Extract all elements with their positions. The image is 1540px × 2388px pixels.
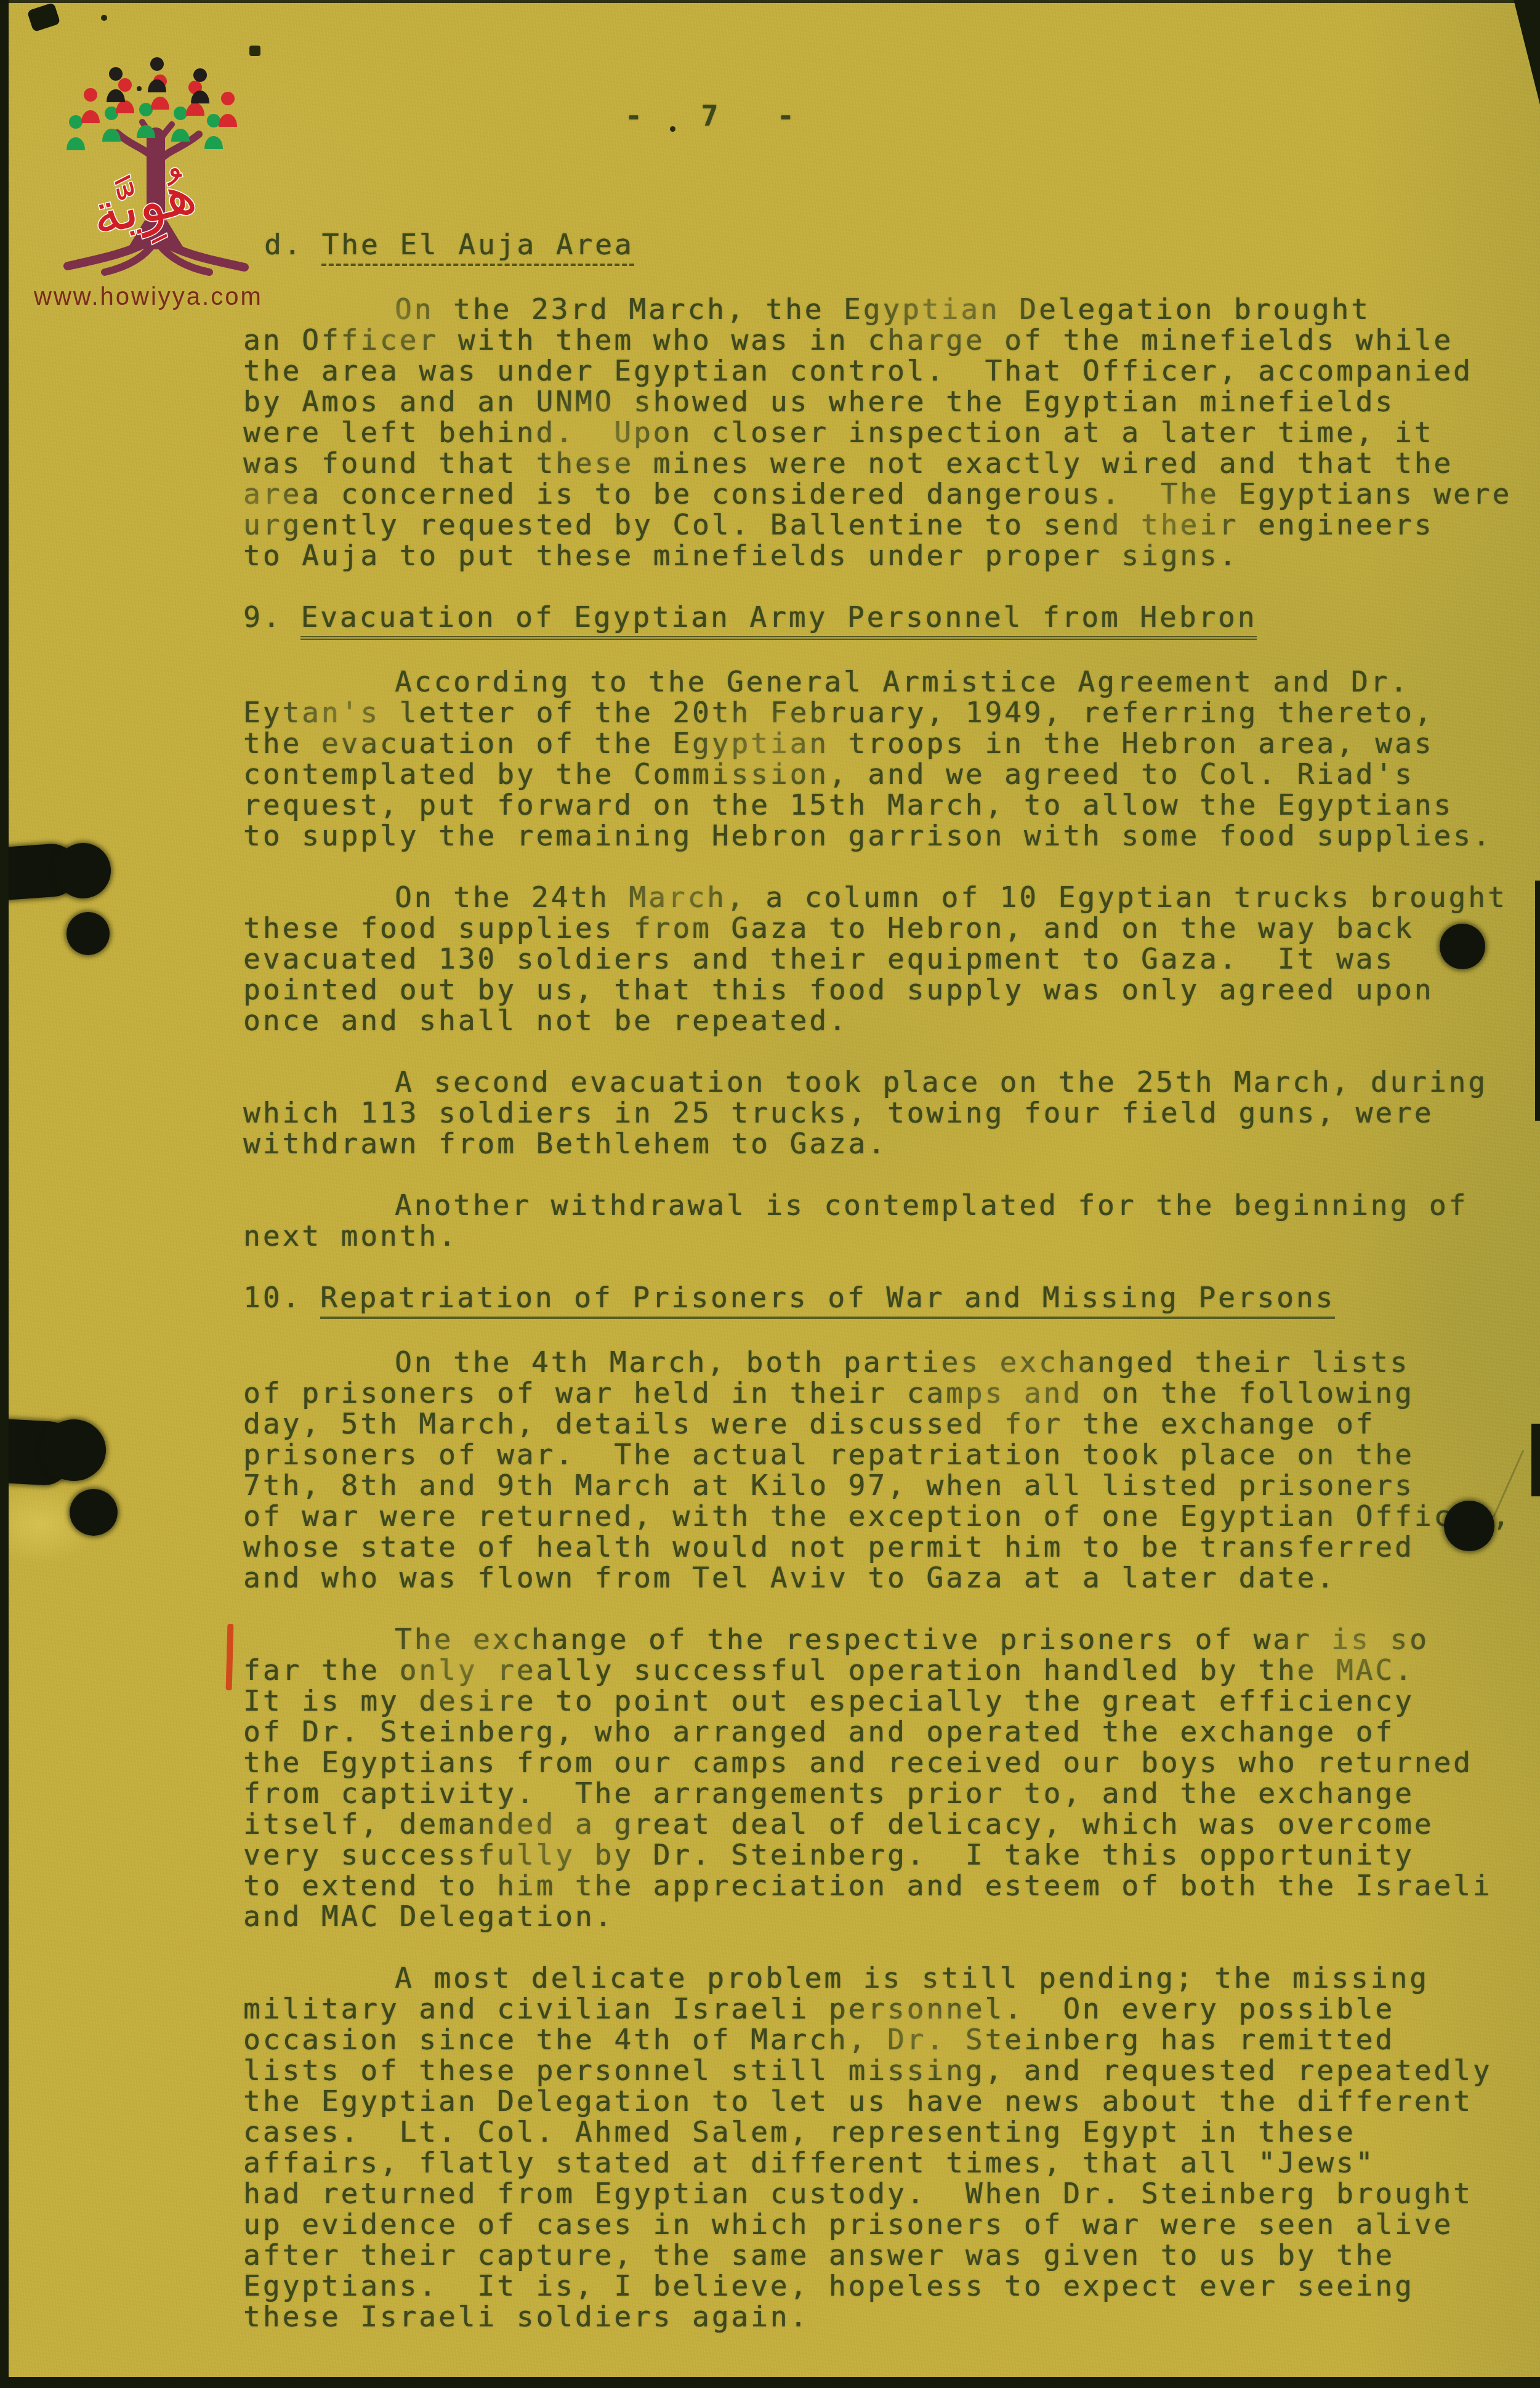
punch-hole — [67, 912, 110, 955]
heading-title: Repatriation of Prisoners of War and Mis… — [320, 1281, 1335, 1319]
section-heading-evacuation: 9.Evacuation of Egyptian Army Personnel … — [243, 602, 1540, 632]
heading-title: The El Auja Area — [321, 228, 634, 266]
heading-title: Evacuation of Egyptian Army Personnel fr… — [300, 600, 1257, 640]
scan-edge-left — [0, 0, 9, 2388]
section-repatriation-pow: 10.Repatriation of Prisoners of War and … — [243, 1282, 1540, 2332]
paragraph: A most delicate problem is still pending… — [243, 1962, 1540, 2332]
paragraph: On the 4th March, both parties exchanged… — [243, 1347, 1540, 1593]
document-body: d.The El Auja Area On the 23rd March, th… — [243, 229, 1540, 2363]
howiyya-url: www.howiyya.com — [34, 283, 286, 311]
punch-hole — [70, 1489, 118, 1536]
section-heading-el-auja: d.The El Auja Area — [243, 229, 1540, 260]
section-el-auja: d.The El Auja Area On the 23rd March, th… — [243, 229, 1540, 571]
howiyya-logo: هُوِيَّة www.howiyya.com — [52, 55, 286, 311]
paragraph: A second evacuation took place on the 25… — [243, 1067, 1540, 1159]
paragraph: On the 23rd March, the Egyptian Delegati… — [243, 294, 1540, 571]
punch-hole — [1444, 1501, 1494, 1551]
paragraph: Another withdrawal is contemplated for t… — [243, 1190, 1540, 1251]
paragraph: According to the General Armistice Agree… — [243, 666, 1540, 851]
scan-edge-right-segment — [1535, 881, 1540, 1121]
ink-speck — [670, 126, 675, 132]
heading-prefix: 10. — [243, 1281, 302, 1314]
scan-edge-bottom — [0, 2377, 1540, 2388]
ink-speck — [249, 46, 260, 56]
punch-hole — [1440, 924, 1485, 969]
ink-speck — [101, 15, 107, 21]
punch-hole — [42, 1419, 106, 1481]
scan-edge-top — [0, 0, 1540, 3]
howiyya-tree-icon: هُوِيَّة — [52, 55, 262, 277]
punch-hole — [55, 843, 111, 898]
section-heading-repatriation: 10.Repatriation of Prisoners of War and … — [243, 1282, 1540, 1313]
paragraph: On the 24th March, a column of 10 Egypti… — [243, 882, 1540, 1036]
page-number: - 7 - — [625, 100, 796, 131]
section-evacuation-hebron: 9.Evacuation of Egyptian Army Personnel … — [243, 602, 1540, 1251]
scan-edge-right-segment — [1531, 1424, 1540, 1496]
paragraph: The exchange of the respective prisoners… — [243, 1624, 1540, 1932]
heading-prefix: 9. — [243, 600, 282, 634]
